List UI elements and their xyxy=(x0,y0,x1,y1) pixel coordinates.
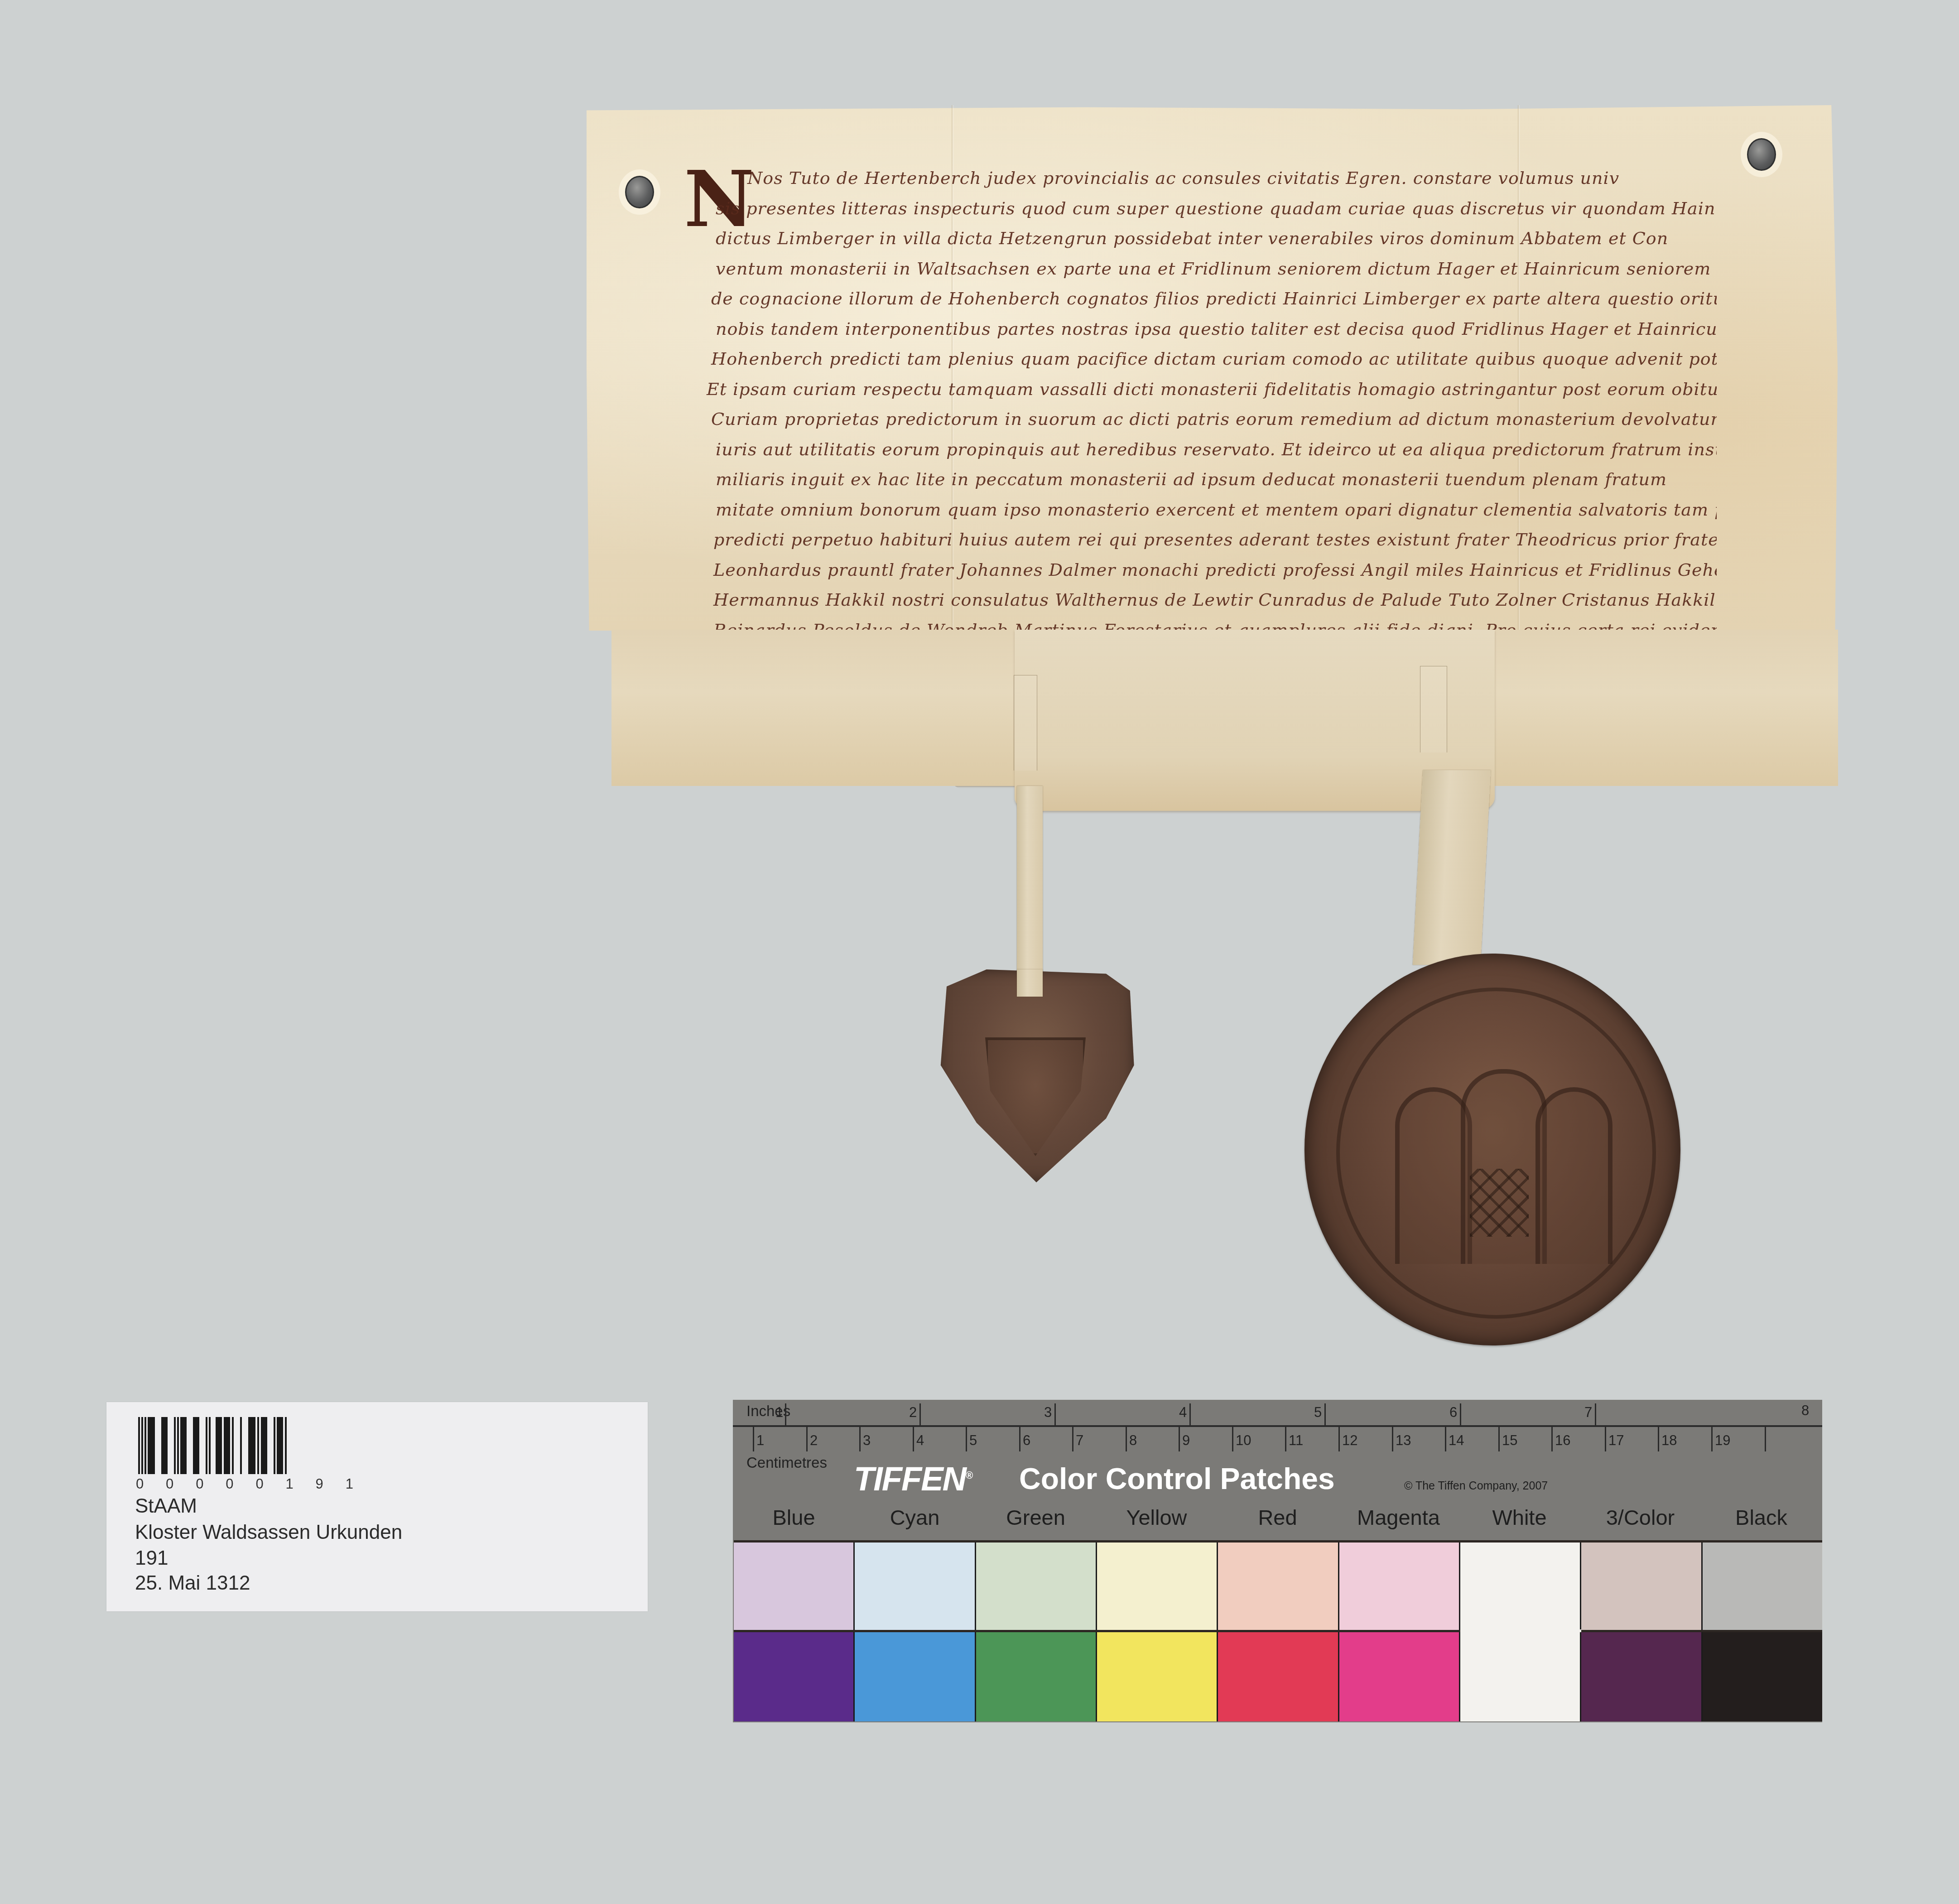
swatch-label-white: White xyxy=(1459,1505,1579,1530)
registered-mark: ® xyxy=(966,1470,972,1481)
manuscript-line: sis presentes litteras inspecturis quod … xyxy=(679,193,1717,224)
dark-patch-row xyxy=(734,1632,1822,1721)
patch-light xyxy=(1339,1542,1460,1633)
swatch-label-green: Green xyxy=(976,1505,1096,1530)
patch-light xyxy=(734,1542,855,1633)
cm-tick: 17 xyxy=(1608,1432,1624,1449)
label-repository: StAAM xyxy=(135,1495,197,1518)
manuscript-line: Et ipsam curiam respectu tamquam vassall… xyxy=(679,374,1717,405)
cm-tick: 2 xyxy=(810,1432,818,1449)
swatch-label-black: Black xyxy=(1701,1505,1821,1530)
barcode-digit: 0 xyxy=(136,1476,144,1492)
barcode-digit: 1 xyxy=(346,1476,353,1492)
barcode-number: 0 0 0 0 0 1 9 1 xyxy=(136,1476,353,1492)
swatch-label-red: Red xyxy=(1218,1505,1338,1530)
label-collection: Kloster Waldsassen Urkunden xyxy=(135,1521,402,1544)
patch-light xyxy=(1218,1542,1339,1633)
manuscript-line: iuris aut utilitatis eorum propinquis au… xyxy=(679,434,1717,465)
patch-dark xyxy=(976,1632,1097,1721)
ruler-inches-label: Inches xyxy=(746,1403,790,1420)
patch-dark xyxy=(1218,1632,1339,1721)
ruler-centimetres-label: Centimetres xyxy=(746,1454,827,1471)
cm-tick: 14 xyxy=(1449,1432,1464,1449)
patch-dark xyxy=(1097,1632,1218,1721)
tiffen-logo: TIFFEN® xyxy=(854,1460,972,1498)
patch-dark xyxy=(855,1632,976,1721)
cm-tick: 16 xyxy=(1555,1432,1570,1449)
patch-dark xyxy=(1460,1632,1581,1721)
patch-light xyxy=(1581,1542,1702,1633)
swatch-label-blue: Blue xyxy=(734,1505,854,1530)
cm-tick: 15 xyxy=(1502,1432,1517,1449)
inch-tick: 1 xyxy=(775,1404,783,1421)
manuscript-line: miliaris inguit ex hac lite in peccatum … xyxy=(679,464,1717,495)
inch-tick: 4 xyxy=(1179,1404,1187,1421)
manuscript-line: Curiam proprietas predictorum in suorum … xyxy=(679,404,1717,434)
manuscript-line: Leonhardus prauntl frater Johannes Dalme… xyxy=(679,555,1717,585)
cm-tick: 13 xyxy=(1396,1432,1411,1449)
label-number: 191 xyxy=(135,1547,168,1570)
inch-tick: 8 xyxy=(1801,1403,1809,1419)
patch-light xyxy=(976,1542,1097,1633)
patch-light xyxy=(1703,1542,1822,1633)
patch-light xyxy=(1460,1542,1581,1633)
swatch-label-3color: 3/Color xyxy=(1580,1505,1700,1530)
cm-tick: 3 xyxy=(863,1432,871,1449)
inch-tick: 6 xyxy=(1449,1404,1457,1421)
cm-tick: 19 xyxy=(1715,1432,1730,1449)
manuscript-line: Hohenberch predicti tam plenius quam pac… xyxy=(679,344,1717,374)
manuscript-line: de cognacione illorum de Hohenberch cogn… xyxy=(679,284,1717,314)
mounting-rivet-icon xyxy=(1747,138,1776,171)
barcode-icon xyxy=(138,1417,351,1474)
seal-tag-strap xyxy=(1017,786,1043,985)
cm-tick: 4 xyxy=(916,1432,924,1449)
patch-dark xyxy=(734,1632,855,1721)
inch-tick: 3 xyxy=(1044,1404,1052,1421)
seal-slit xyxy=(1014,675,1037,771)
barcode-digit: 0 xyxy=(196,1476,203,1492)
label-date: 25. Mai 1312 xyxy=(135,1572,250,1595)
barcode-digit: 1 xyxy=(285,1476,293,1492)
chart-title: Color Control Patches xyxy=(1019,1461,1335,1496)
barcode-digit: 0 xyxy=(226,1476,233,1492)
manuscript-line: nobis tandem interponentibus partes nost… xyxy=(679,314,1717,344)
seal-lattice-gate-icon xyxy=(1470,1169,1529,1237)
chart-copyright: © The Tiffen Company, 2007 xyxy=(1404,1480,1548,1493)
manuscript-line: mitate omnium bonorum quam ipso monaster… xyxy=(679,495,1717,525)
patch-light xyxy=(855,1542,976,1633)
inch-tick: 7 xyxy=(1584,1404,1592,1421)
mounting-rivet-icon xyxy=(625,176,654,208)
seal-tag-strap xyxy=(1413,770,1491,965)
cm-tick: 5 xyxy=(969,1432,977,1449)
tiffen-brand: TIFFEN xyxy=(854,1460,966,1498)
inch-tick: 2 xyxy=(909,1404,917,1421)
seal-tag-strap xyxy=(1017,969,1043,997)
inch-tick: 5 xyxy=(1314,1404,1322,1421)
cm-tick: 7 xyxy=(1076,1432,1083,1449)
patch-dark xyxy=(1339,1632,1460,1721)
swatch-label-magenta: Magenta xyxy=(1338,1505,1458,1530)
patch-dark xyxy=(1581,1632,1702,1721)
manuscript-line: Nos Tuto de Hertenberch judex provincial… xyxy=(679,163,1717,193)
cm-tick: 8 xyxy=(1129,1432,1137,1449)
patch-dark xyxy=(1703,1632,1822,1721)
patch-light xyxy=(1097,1542,1218,1633)
barcode-digit: 0 xyxy=(166,1476,173,1492)
cm-tick: 18 xyxy=(1661,1432,1677,1449)
manuscript-line: ventum monasterii in Waltsachsen ex part… xyxy=(679,254,1717,284)
seal-arch-icon xyxy=(1535,1087,1612,1264)
manuscript-line: Hermannus Hakkil nostri consulatus Walth… xyxy=(679,585,1717,615)
manuscript-line: predicti perpetuo habituri huius autem r… xyxy=(679,525,1717,555)
manuscript-line: dictus Limberger in villa dicta Hetzengr… xyxy=(679,223,1717,254)
cm-tick: 12 xyxy=(1342,1432,1357,1449)
swatch-label-cyan: Cyan xyxy=(855,1505,975,1530)
seal-slit xyxy=(1420,666,1447,752)
light-patch-row xyxy=(734,1540,1822,1633)
cm-tick: 1 xyxy=(756,1432,764,1449)
cm-tick: 6 xyxy=(1023,1432,1030,1449)
swatch-label-yellow: Yellow xyxy=(1097,1505,1217,1530)
cm-tick: 9 xyxy=(1182,1432,1190,1449)
cm-tick: 11 xyxy=(1289,1432,1303,1449)
barcode-digit: 9 xyxy=(316,1476,323,1492)
manuscript-text: Nos Tuto de Hertenberch judex provincial… xyxy=(679,163,1717,705)
cm-tick: 10 xyxy=(1236,1432,1251,1449)
barcode-digit: 0 xyxy=(255,1476,263,1492)
